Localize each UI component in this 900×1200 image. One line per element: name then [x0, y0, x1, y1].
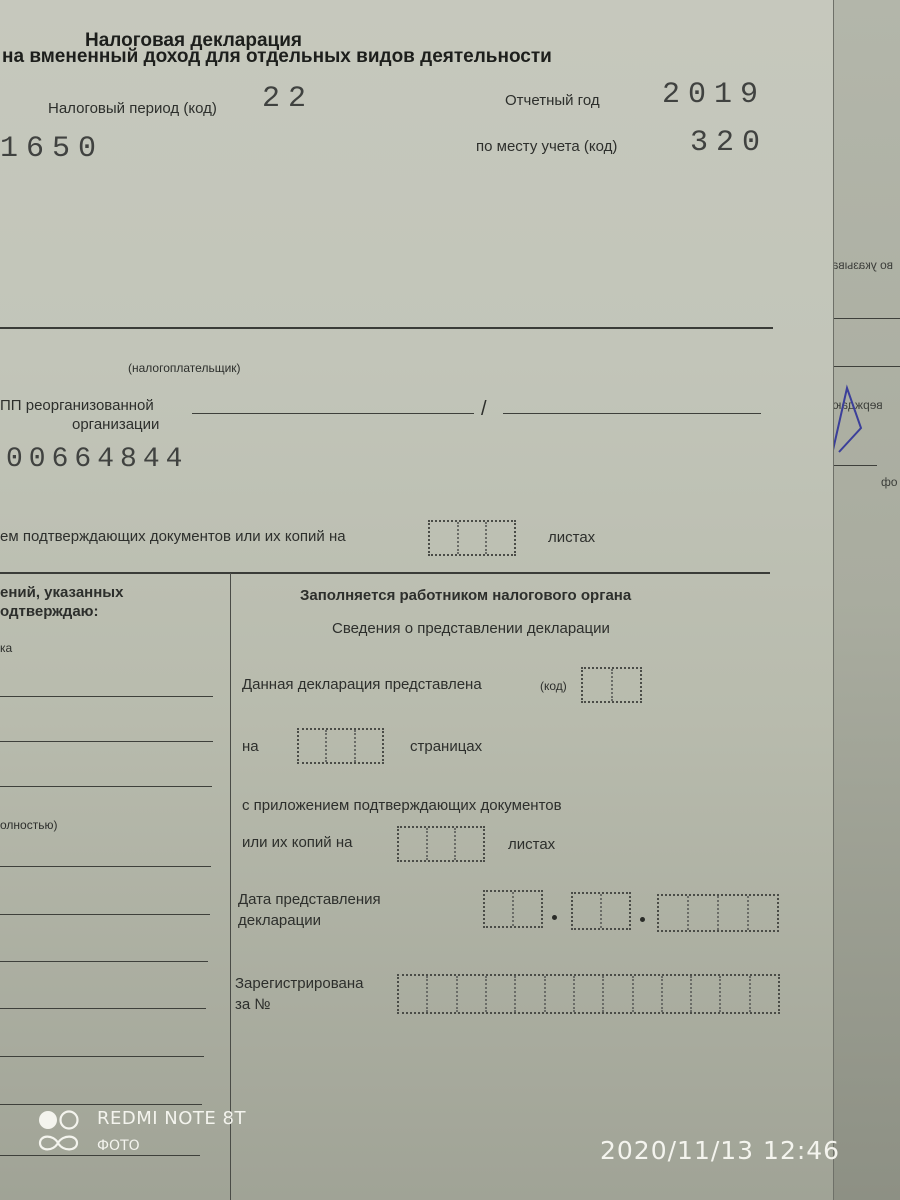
tax-declaration-page: Налоговая декларация на вмененный доход …: [0, 0, 834, 1200]
right-heading: Заполняется работником налогового органа: [300, 587, 631, 604]
attachments-sheets-cells[interactable]: [428, 520, 516, 556]
registered-label-2: за №: [235, 996, 270, 1013]
mirrored-text: во указывае: [825, 258, 893, 272]
reporting-year-label: Отчетный год: [505, 92, 600, 109]
place-of-registration-label: по месту учета (код): [476, 138, 617, 155]
attachments-label: ем подтверждающих документов или их копи…: [0, 528, 346, 545]
partial-code-value: 1650: [0, 132, 104, 166]
device-name: REDMI NOTE 8T: [97, 1108, 246, 1129]
date-label-2: декларации: [238, 912, 321, 929]
divider: [833, 366, 900, 367]
taxpayer-line: [0, 327, 773, 329]
signer-line[interactable]: [0, 1008, 206, 1009]
signer-line[interactable]: [0, 961, 208, 962]
tax-period-label: Налоговый период (код): [48, 100, 217, 117]
partial-number-value: 00664844: [6, 444, 188, 475]
left-heading-2: одтверждаю:: [0, 603, 98, 620]
signer-line[interactable]: [0, 866, 211, 867]
pages-prefix: на: [242, 738, 259, 755]
section-divider: [0, 572, 770, 574]
attachments-line-2: или их копий на: [242, 834, 352, 851]
capture-mode: ФОТО: [97, 1138, 140, 1154]
background-sheet: во указывае верждаю: оф: [833, 0, 900, 1200]
date-year-cells[interactable]: [657, 894, 779, 932]
pages-cells[interactable]: [297, 728, 384, 764]
signer-line[interactable]: [0, 914, 210, 915]
tax-period-value: 22: [262, 82, 314, 116]
mirrored-text: оф: [881, 475, 898, 489]
registration-number-cells[interactable]: [397, 974, 780, 1014]
date-day-cells[interactable]: [483, 890, 543, 928]
attachments-unit: листах: [548, 529, 595, 546]
date-separator-dot: [640, 917, 645, 922]
reorg-label-1: ПП реорганизованной: [0, 397, 154, 414]
camera-brand-icon: [36, 1108, 82, 1156]
date-separator-dot: [552, 915, 557, 920]
capture-timestamp: 2020/11/13 12:46: [600, 1136, 840, 1165]
place-of-registration-value: 320: [690, 126, 768, 160]
inn-field-line[interactable]: [192, 413, 474, 414]
left-caption: ка: [0, 641, 12, 655]
column-divider: [230, 573, 231, 1200]
divider: [827, 465, 877, 466]
attachments-unit-right: листах: [508, 836, 555, 853]
submitted-label: Данная декларация представлена: [242, 676, 482, 693]
signer-line[interactable]: [0, 696, 213, 697]
submitted-code-cells[interactable]: [581, 667, 642, 703]
registered-label-1: Зарегистрирована: [235, 975, 363, 992]
right-subheading: Сведения о представлении декларации: [332, 620, 610, 637]
pages-unit: страницах: [410, 738, 482, 755]
reporting-year-value: 2019: [662, 78, 766, 112]
reorg-label-2: организации: [72, 416, 159, 433]
attachments-line-1: с приложением подтверждающих документов: [242, 797, 562, 814]
title-line-2: на вмененный доход для отдельных видов д…: [2, 46, 552, 68]
kpp-field-line[interactable]: [503, 413, 761, 414]
left-heading-1: ений, указанных: [0, 584, 123, 601]
attachments-cells[interactable]: [397, 826, 485, 862]
divider: [833, 318, 900, 319]
signer-line[interactable]: [0, 1155, 200, 1156]
fullname-caption: олностью): [0, 818, 57, 832]
signer-line[interactable]: [0, 1104, 202, 1105]
signer-line[interactable]: [0, 1056, 204, 1057]
reorg-separator: /: [481, 398, 487, 421]
signer-line[interactable]: [0, 741, 213, 742]
submitted-code-hint: (код): [540, 679, 567, 693]
signer-line[interactable]: [0, 786, 212, 787]
taxpayer-caption: (налогоплательщик): [128, 361, 241, 375]
date-label-1: Дата представления: [238, 891, 381, 908]
date-month-cells[interactable]: [571, 892, 631, 930]
